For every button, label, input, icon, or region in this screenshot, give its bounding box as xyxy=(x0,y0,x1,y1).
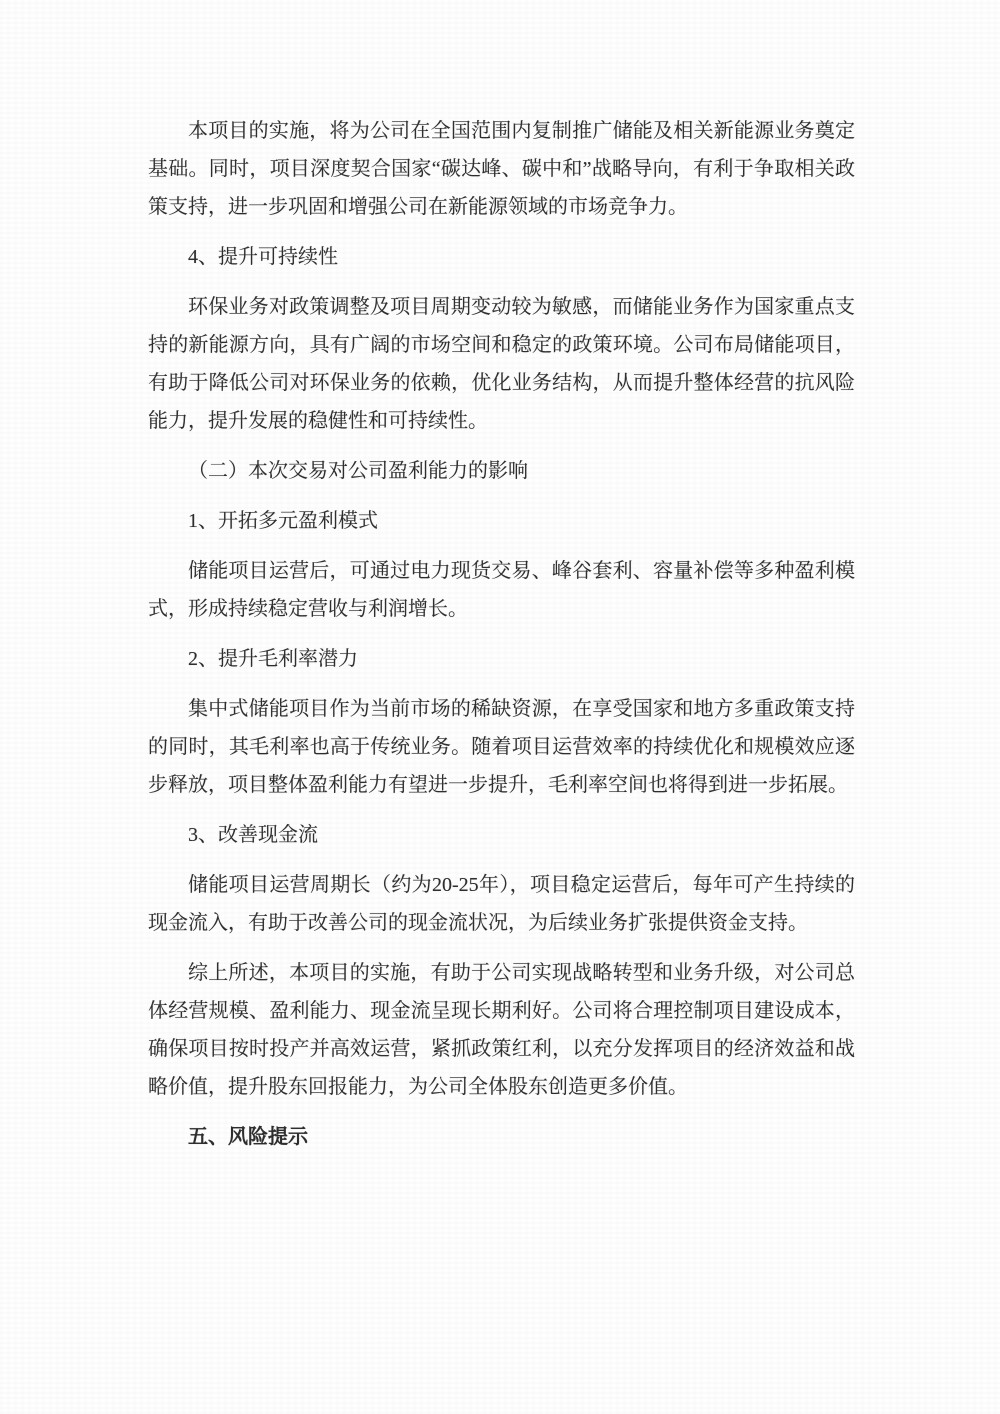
paragraph-profit-model-detail: 储能项目运营后，可通过电力现货交易、峰谷套利、容量补偿等多种盈利模式，形成持续稳… xyxy=(148,552,855,628)
heading-4-sustainability: 4、提升可持续性 xyxy=(148,238,855,276)
paragraph-gross-margin-detail: 集中式储能项目作为当前市场的稀缺资源，在享受国家和地方多重政策支持的同时，其毛利… xyxy=(148,690,855,804)
heading-1-diversified-profit-model: 1、开拓多元盈利模式 xyxy=(148,502,855,540)
paragraph-summary: 综上所述，本项目的实施，有助于公司实现战略转型和业务升级，对公司总体经营规模、盈… xyxy=(148,954,855,1106)
paragraph-project-implementation: 本项目的实施，将为公司在全国范围内复制推广储能及相关新能源业务奠定基础。同时，项… xyxy=(148,112,855,226)
heading-3-cash-flow-improvement: 3、改善现金流 xyxy=(148,816,855,854)
heading-2-gross-margin-potential: 2、提升毛利率潜力 xyxy=(148,640,855,678)
paragraph-sustainability-detail: 环保业务对政策调整及项目周期变动较为敏感，而储能业务作为国家重点支持的新能源方向… xyxy=(148,288,855,440)
paragraph-cash-flow-detail: 储能项目运营周期长（约为20-25年），项目稳定运营后，每年可产生持续的现金流入… xyxy=(148,866,855,942)
heading-section-2-profitability-impact: （二）本次交易对公司盈利能力的影响 xyxy=(148,452,855,490)
document-page: 本项目的实施，将为公司在全国范围内复制推广储能及相关新能源业务奠定基础。同时，项… xyxy=(0,0,1000,1414)
heading-5-risk-warning: 五、风险提示 xyxy=(148,1118,855,1156)
